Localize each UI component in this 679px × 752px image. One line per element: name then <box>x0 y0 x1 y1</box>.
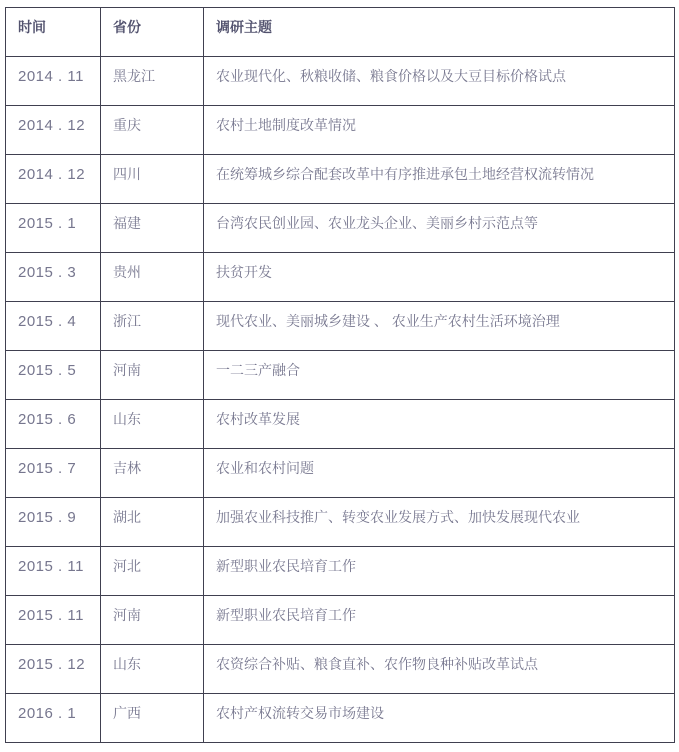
cell-time: 2015 . 3 <box>6 253 101 302</box>
cell-topic: 农村产权流转交易市场建设 <box>204 694 675 743</box>
cell-province: 黑龙江 <box>101 57 204 106</box>
cell-province: 浙江 <box>101 302 204 351</box>
table-row: 2014 . 12 重庆 农村土地制度改革情况 <box>6 106 675 155</box>
cell-time: 2015 . 11 <box>6 596 101 645</box>
table-row: 2015 . 11 河南 新型职业农民培育工作 <box>6 596 675 645</box>
cell-province: 四川 <box>101 155 204 204</box>
cell-province: 山东 <box>101 400 204 449</box>
table-row: 2014 . 11 黑龙江 农业现代化、秋粮收储、粮食价格以及大豆目标价格试点 <box>6 57 675 106</box>
cell-topic: 农村土地制度改革情况 <box>204 106 675 155</box>
cell-topic: 农资综合补贴、粮食直补、农作物良种补贴改革试点 <box>204 645 675 694</box>
cell-time: 2015 . 7 <box>6 449 101 498</box>
cell-province: 广西 <box>101 694 204 743</box>
cell-time: 2015 . 9 <box>6 498 101 547</box>
cell-topic: 台湾农民创业园、农业龙头企业、美丽乡村示范点等 <box>204 204 675 253</box>
cell-province: 河南 <box>101 351 204 400</box>
cell-time: 2014 . 11 <box>6 57 101 106</box>
table-row: 2014 . 12 四川 在统筹城乡综合配套改革中有序推进承包土地经营权流转情况 <box>6 155 675 204</box>
cell-time: 2015 . 11 <box>6 547 101 596</box>
cell-province: 河北 <box>101 547 204 596</box>
cell-topic: 现代农业、美丽城乡建设 、 农业生产农村生活环境治理 <box>204 302 675 351</box>
table-row: 2015 . 6 山东 农村改革发展 <box>6 400 675 449</box>
cell-topic: 新型职业农民培育工作 <box>204 596 675 645</box>
cell-topic: 农业现代化、秋粮收储、粮食价格以及大豆目标价格试点 <box>204 57 675 106</box>
column-header-province: 省份 <box>101 8 204 57</box>
cell-province: 湖北 <box>101 498 204 547</box>
cell-province: 贵州 <box>101 253 204 302</box>
table-row: 2015 . 1 福建 台湾农民创业园、农业龙头企业、美丽乡村示范点等 <box>6 204 675 253</box>
cell-time: 2014 . 12 <box>6 155 101 204</box>
table-row: 2015 . 12 山东 农资综合补贴、粮食直补、农作物良种补贴改革试点 <box>6 645 675 694</box>
page-content: 时间 省份 调研主题 2014 . 11 黑龙江 农业现代化、秋粮收储、粮食价格… <box>0 0 679 752</box>
table-row: 2015 . 5 河南 一二三产融合 <box>6 351 675 400</box>
cell-topic: 农村改革发展 <box>204 400 675 449</box>
cell-time: 2014 . 12 <box>6 106 101 155</box>
cell-topic: 在统筹城乡综合配套改革中有序推进承包土地经营权流转情况 <box>204 155 675 204</box>
table-row: 2016 . 1 广西 农村产权流转交易市场建设 <box>6 694 675 743</box>
cell-time: 2015 . 6 <box>6 400 101 449</box>
cell-time: 2016 . 1 <box>6 694 101 743</box>
cell-topic: 扶贫开发 <box>204 253 675 302</box>
cell-time: 2015 . 4 <box>6 302 101 351</box>
table-row: 2015 . 7 吉林 农业和农村问题 <box>6 449 675 498</box>
cell-province: 吉林 <box>101 449 204 498</box>
cell-topic: 加强农业科技推广、转变农业发展方式、加快发展现代农业 <box>204 498 675 547</box>
cell-topic: 农业和农村问题 <box>204 449 675 498</box>
survey-schedule-table: 时间 省份 调研主题 2014 . 11 黑龙江 农业现代化、秋粮收储、粮食价格… <box>5 7 675 743</box>
cell-time: 2015 . 12 <box>6 645 101 694</box>
cell-province: 山东 <box>101 645 204 694</box>
cell-province: 重庆 <box>101 106 204 155</box>
cell-time: 2015 . 1 <box>6 204 101 253</box>
table-header-row: 时间 省份 调研主题 <box>6 8 675 57</box>
table-row: 2015 . 9 湖北 加强农业科技推广、转变农业发展方式、加快发展现代农业 <box>6 498 675 547</box>
column-header-time: 时间 <box>6 8 101 57</box>
table-body: 2014 . 11 黑龙江 农业现代化、秋粮收储、粮食价格以及大豆目标价格试点 … <box>6 57 675 743</box>
cell-province: 河南 <box>101 596 204 645</box>
cell-topic: 新型职业农民培育工作 <box>204 547 675 596</box>
cell-time: 2015 . 5 <box>6 351 101 400</box>
table-row: 2015 . 11 河北 新型职业农民培育工作 <box>6 547 675 596</box>
cell-province: 福建 <box>101 204 204 253</box>
cell-topic: 一二三产融合 <box>204 351 675 400</box>
column-header-topic: 调研主题 <box>204 8 675 57</box>
table-row: 2015 . 4 浙江 现代农业、美丽城乡建设 、 农业生产农村生活环境治理 <box>6 302 675 351</box>
table-row: 2015 . 3 贵州 扶贫开发 <box>6 253 675 302</box>
